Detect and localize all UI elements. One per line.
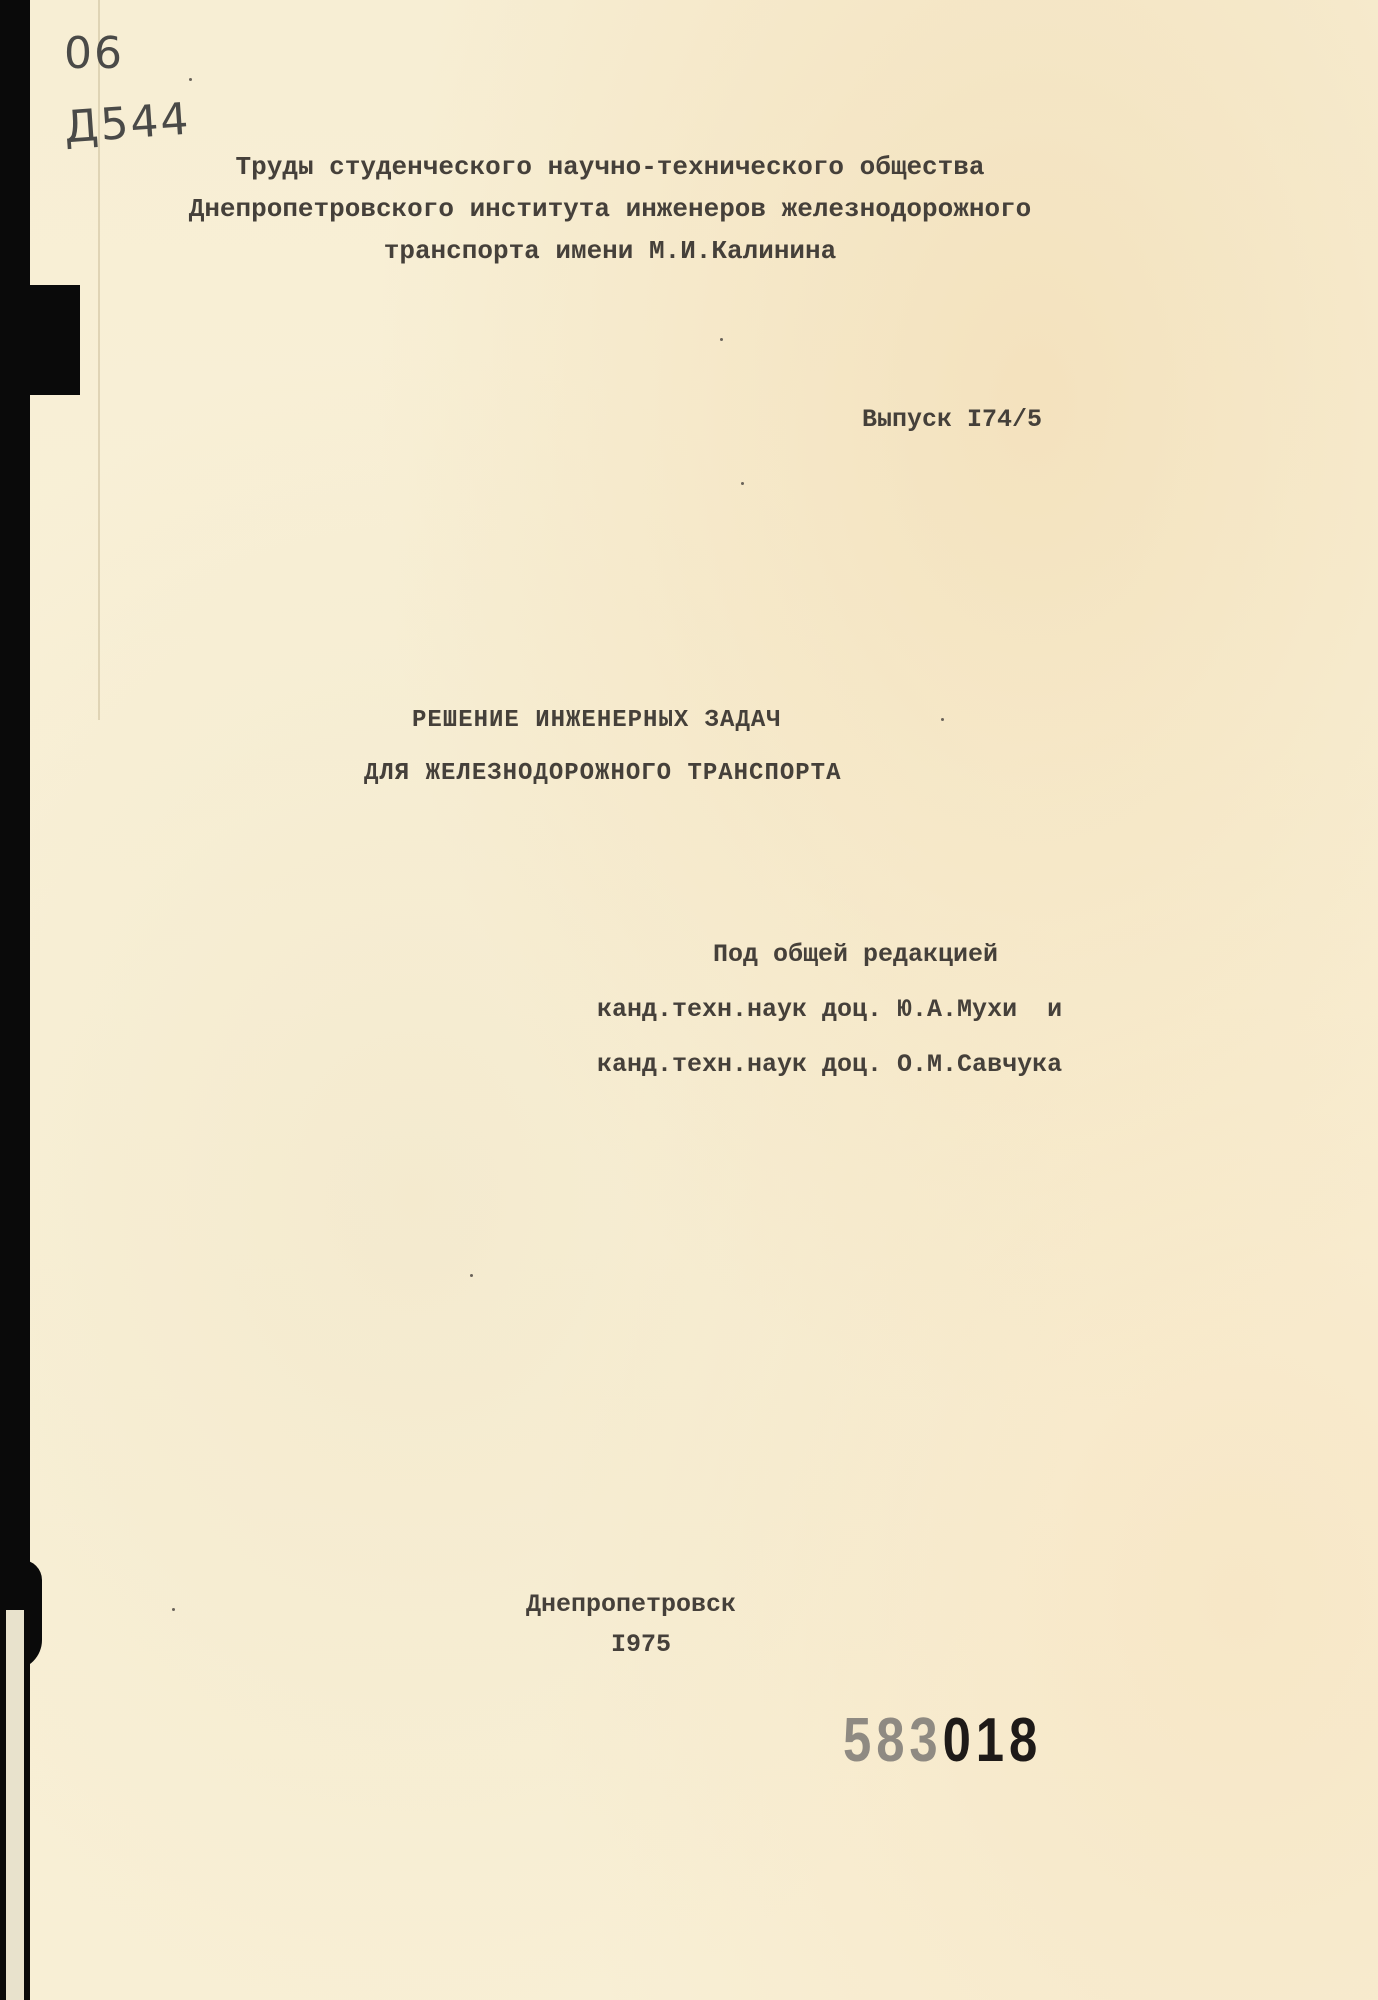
imprint-city: Днепропетровск [526,1590,736,1619]
shelf-mark-line1: 06 [64,28,124,79]
speck [741,482,744,485]
stamp-faded-digits: 583 [843,1706,943,1775]
header-line-3: транспорта имени М.И.Калинина [160,236,1060,266]
speck [470,1274,473,1277]
stamp-dark-digits: 018 [943,1706,1043,1775]
speck [172,1608,175,1611]
speck [941,718,944,721]
title-line-1: РЕШЕНИЕ ИНЖЕНЕРНЫХ ЗАДАЧ [412,707,782,734]
editors-intro: Под общей редакцией [713,940,998,969]
shelf-mark-line2: Д544 [62,94,192,154]
speck [189,78,192,81]
editor-2: канд.техн.наук доц. О.М.Савчука [597,1050,1062,1079]
inventory-stamp: 583018 [843,1705,1042,1776]
binding-edge [6,1610,24,2000]
speck [720,338,723,341]
title-line-2: ДЛЯ ЖЕЛЕЗНОДОРОЖНОГО ТРАНСПОРТА [364,760,841,787]
binding-tab [0,285,80,395]
header-line-2: Днепропетровского института инженеров же… [160,194,1060,224]
header-line-1: Труды студенческого научно-технического … [160,152,1060,182]
issue-number: Выпуск I74/5 [862,405,1042,434]
imprint-year: I975 [611,1630,671,1659]
editor-1: канд.техн.наук доц. Ю.А.Мухи и [597,995,1062,1024]
